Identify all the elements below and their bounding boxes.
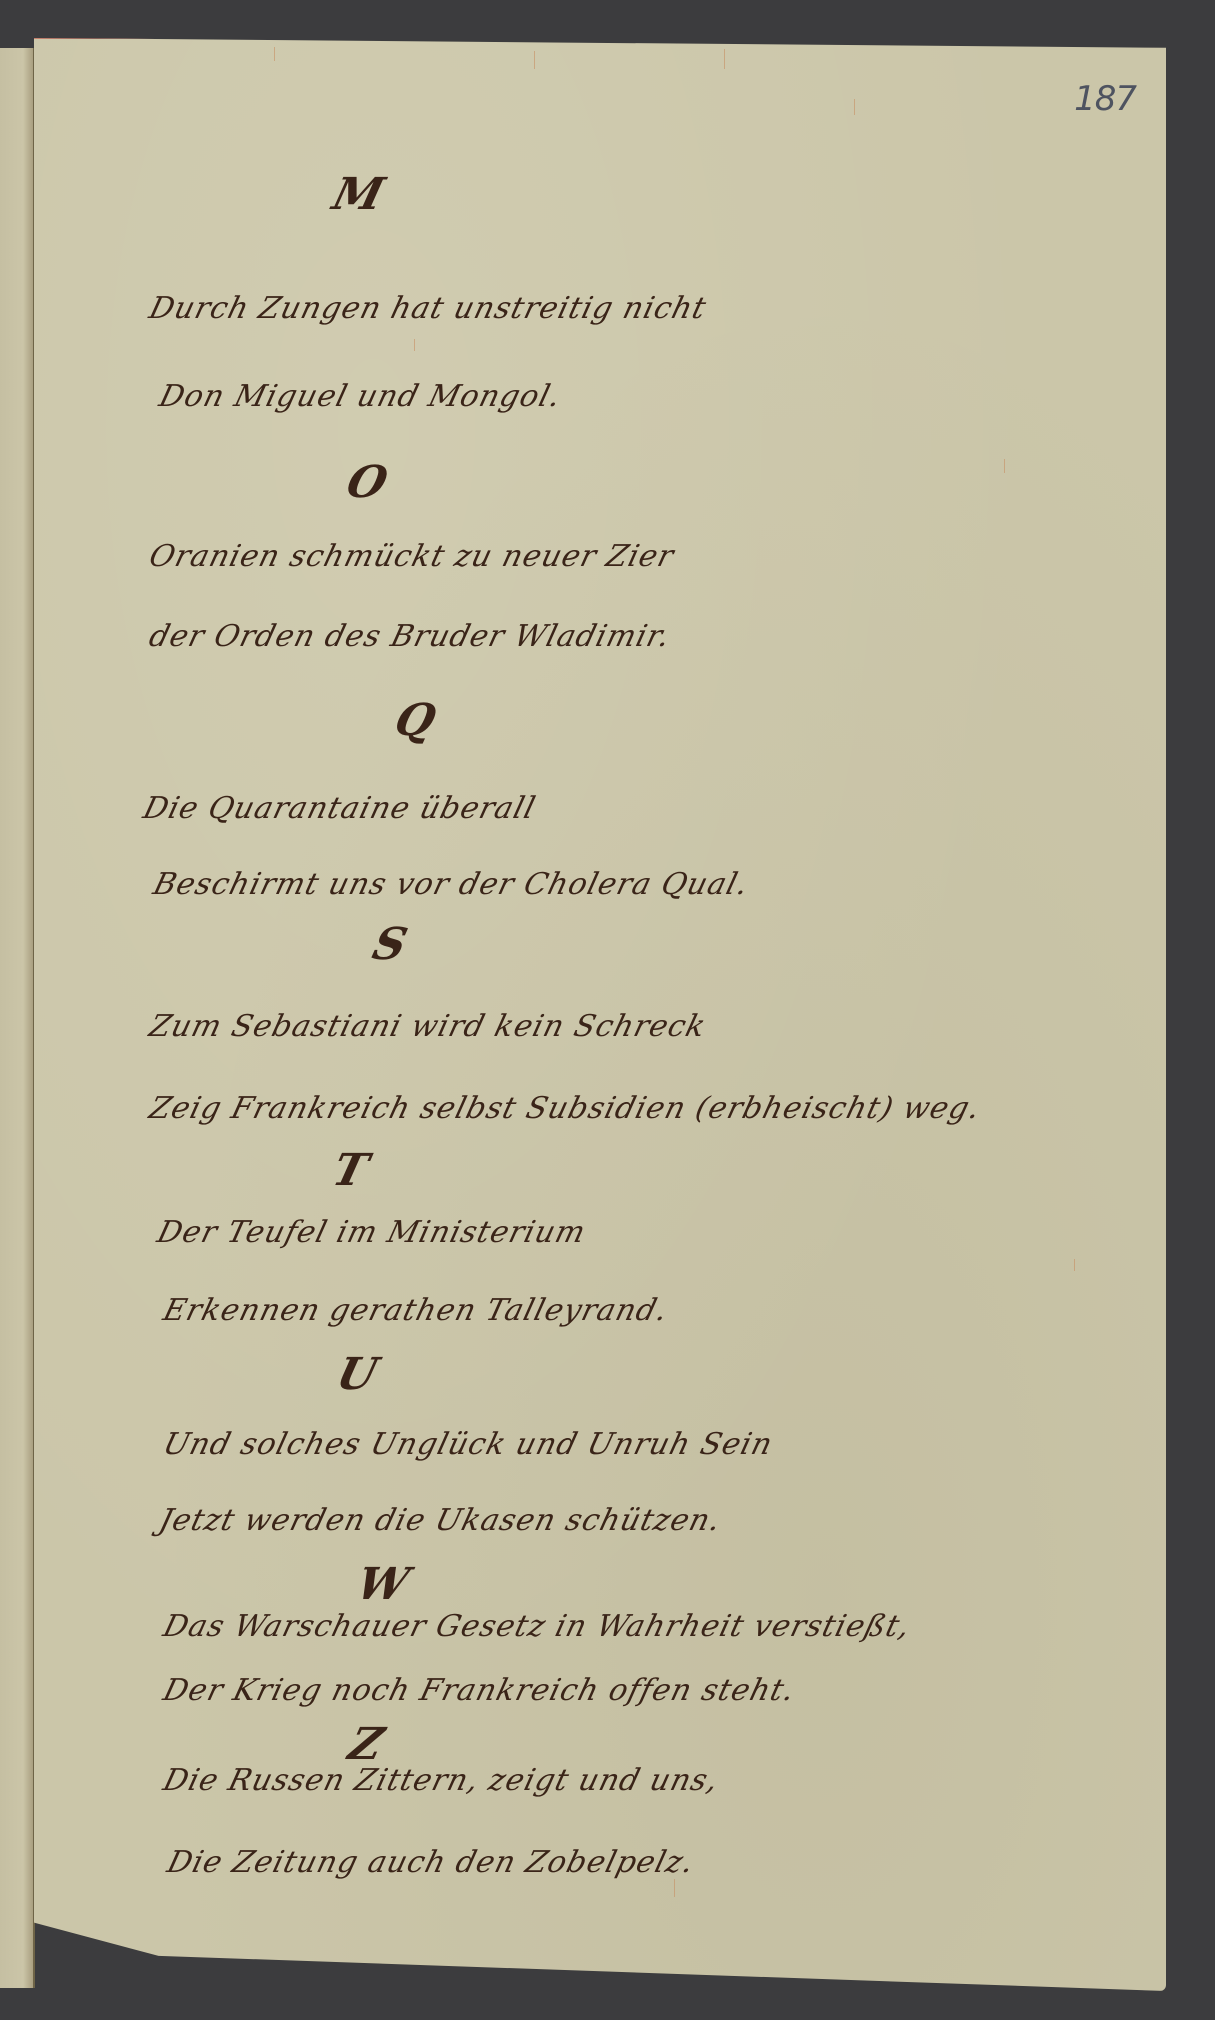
verse-line: Erkennen gerathen Talleyrand. bbox=[160, 1293, 672, 1328]
verse-line: Die Quarantaine überall bbox=[140, 791, 540, 826]
verse-line: Der Krieg noch Frankreich offen steht. bbox=[160, 1673, 799, 1708]
stanza-letter: T bbox=[328, 1145, 373, 1196]
verse-line: Die Zeitung auch den Zobelpelz. bbox=[164, 1845, 698, 1880]
verse-line: der Orden des Bruder Wladimir. bbox=[146, 619, 674, 654]
folio-number: 187 bbox=[1074, 79, 1136, 119]
verse-line: Und solches Unglück und Unruh Sein bbox=[160, 1427, 777, 1462]
verse-line: Beschirmt uns vor der Cholera Qual. bbox=[150, 867, 753, 902]
verse-line: Oranien schmückt zu neuer Zier bbox=[146, 539, 678, 574]
verse-line: Don Miguel und Mongol. bbox=[156, 379, 565, 414]
stanza-letter: Q bbox=[390, 695, 441, 746]
facing-page-edge bbox=[0, 48, 35, 1988]
verse-line: Die Russen Zittern, zeigt und uns, bbox=[160, 1763, 723, 1798]
verse-line: Das Warschauer Gesetz in Wahrheit versti… bbox=[160, 1609, 915, 1644]
stanza-letter: S bbox=[368, 919, 412, 970]
stanza-letter: U bbox=[332, 1349, 383, 1400]
verse-line: Jetzt werden die Ukasen schützen. bbox=[156, 1503, 725, 1538]
verse-line: Der Teufel im Ministerium bbox=[154, 1215, 590, 1250]
stanza-letter: M bbox=[328, 169, 389, 220]
stanza-letter: O bbox=[342, 457, 393, 508]
stanza-letter: W bbox=[352, 1559, 414, 1610]
verse-line: Zum Sebastiani wird kein Schreck bbox=[146, 1009, 710, 1044]
verse-line: Durch Zungen hat unstreitig nicht bbox=[146, 291, 710, 326]
verse-line: Zeig Frankreich selbst Subsidien (erbhei… bbox=[146, 1091, 985, 1126]
manuscript-page: 187 M Durch Zungen hat unstreitig nicht … bbox=[34, 38, 1166, 1991]
